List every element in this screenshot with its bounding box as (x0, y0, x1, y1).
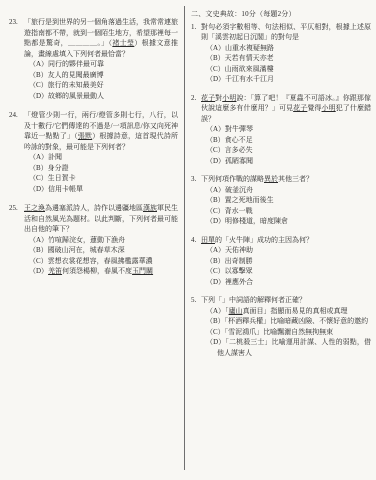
text-segment: （B）身分證 (29, 164, 69, 172)
question-body: 王之渙為邊塞派詩人，詩作以邊疆地區漢族軍民生活和自然風光為題材。以此判斷，下列何… (24, 203, 178, 277)
text-segment: （C）背水一戰 (206, 207, 253, 215)
question: 3.下列何項作戰的謀略異於其他三者？（A）破釜沉舟（B）置之死地而後生（C）背水… (191, 174, 371, 227)
option-list: （A）「廬山真面目」指顯而易見的真相或真理（B）「杯酒釋兵權」比喻暗藏凶險、不懷… (201, 306, 371, 359)
text-segment: 下列「」中詞語的解釋何者正確？ (201, 296, 306, 304)
answer-option: （D）明修棧道，暗度陳倉 (201, 216, 371, 227)
text-segment: （A）天佑神助 (206, 246, 253, 254)
question-number: 2. (191, 93, 201, 167)
text-segment: （C）旅行的未知最美好 (29, 81, 104, 89)
text-segment: （A）對牛彈琴 (206, 125, 253, 133)
answer-option: （B）身分證 (24, 163, 178, 174)
text-segment: （B）友人的見聞最廣博 (29, 71, 104, 79)
question: 24.「燈管少則一行，兩行/燈管多則七行，八行，以及十數行/它們傳達的不過是/一… (9, 110, 178, 194)
answer-option: （D）孤陋寡聞 (201, 156, 371, 167)
text-segment: （D）裡應外合 (206, 278, 253, 286)
option-list: （A）天佑神助（B）出奇制勝（C）以寡擊眾（D）裡應外合 (201, 245, 371, 287)
text-segment: 對句必須字數相等、句法相似、平仄相對，根據上述原則「溪雲初起日沉閣」的對句是 (201, 23, 371, 42)
answer-option: （A）對牛彈琴 (201, 124, 371, 135)
text-segment: （C）山雨欲來風滿樓 (206, 65, 274, 73)
answer-option: （D）裡應外合 (201, 277, 371, 288)
question-body: 田單的「火牛陣」成功的主因為何？（A）天佑神助（B）出奇制勝（C）以寡擊眾（D）… (201, 235, 371, 288)
text-segment: （B）「杯酒釋兵權」比喻暗藏凶險、不懷好意的邀約 (206, 317, 368, 325)
option-list: （A）訃聞（B）身分證（C）生日賀卡（D）信用卡帳單 (24, 152, 178, 194)
answer-option: （C）以寡擊眾 (201, 266, 371, 277)
answer-option: （A）「廬山真面目」指顯而易見的真相或真理 (201, 306, 371, 317)
question-body: 對句必須字數相等、句法相似、平仄相對，根據上述原則「溪雲初起日沉閣」的對句是（A… (201, 22, 371, 85)
answer-option: （B）「杯酒釋兵權」比喻暗藏凶險、不懷好意的邀約 (201, 316, 371, 327)
text-segment: （A）竹喧歸浣女，蓮動下漁舟 (29, 236, 125, 244)
question-body: 「旅行是到世界的另一個角落過生活，我常常連旅遊指南都不帶，就到一個陌生地方，希望… (24, 17, 178, 101)
section-title: 二、文史典故：10分（每題2分） (191, 9, 371, 20)
answer-option: （C）「雪泥鴻爪」比喻飄灑自然無拘無束 (201, 327, 371, 338)
underlined-text: 廬山 (229, 307, 243, 315)
right-column: 二、文史典故：10分（每題2分） 1.對句必須字數相等、句法相似、平仄相對，根據… (188, 6, 371, 474)
text-segment: （B）天若有情天亦老 (206, 54, 274, 62)
question-stem: 田單的「火牛陣」成功的主因為何？ (201, 235, 371, 246)
answer-option: （A）破釜沉舟 (201, 185, 371, 196)
underlined-text: 羌笛 (48, 267, 62, 275)
question-stem: 對句必須字數相等、句法相似、平仄相對，根據上述原則「溪雲初起日沉閣」的對句是 (201, 22, 371, 43)
text-segment: （A）同行的夥伴最可靠 (29, 60, 104, 68)
underlined-text: 異於 (264, 175, 278, 183)
underlined-text: 漢族 (143, 204, 157, 212)
text-segment: （C）「雪泥鴻爪」比喻飄灑自然無拘無束 (206, 328, 333, 336)
text-segment: （D）明修棧道，暗度陳倉 (206, 217, 288, 225)
question: 1.對句必須字數相等、句法相似、平仄相對，根據上述原則「溪雲初起日沉閣」的對句是… (191, 22, 371, 85)
question: 2.花子對小明說：「算了吧！『夏蟲不可語冰。』你跟那傢伙說這麼多有什麼用？」可見… (191, 93, 371, 167)
answer-option: （C）生日賀卡 (24, 173, 178, 184)
underlined-text: 小明 (322, 104, 336, 112)
option-list: （A）竹喧歸浣女，蓮動下漁舟（B）國破山河在，城春草木深（C）雲想衣裳花想容，春… (24, 235, 178, 277)
answer-option: （B）置之死地而後生 (201, 195, 371, 206)
question-number: 24. (9, 110, 24, 194)
answer-option: （A）天佑神助 (201, 245, 371, 256)
answer-option: （C）山雨欲來風滿樓 (201, 64, 371, 75)
answer-option: （D）羌笛何須怨楊柳，春風不度玉門關 (24, 266, 178, 277)
answer-option: （C）背水一戰 (201, 206, 371, 217)
question: 25.王之渙為邊塞派詩人，詩作以邊疆地區漢族軍民生活和自然風光為題材。以此判斷，… (9, 203, 178, 277)
question-body: 「燈管少則一行，兩行/燈管多則七行，八行，以及十數行/它們傳達的不過是/一項訊息… (24, 110, 178, 194)
underlined-text: 花子 (293, 104, 307, 112)
answer-option: （B）出奇制勝 (201, 256, 371, 267)
option-list: （A）對牛彈琴（B）貪心不足（C）言多必失（D）孤陋寡聞 (201, 124, 371, 166)
text-segment: （A）山重水複疑無路 (206, 44, 274, 52)
question-number: 4. (191, 235, 201, 288)
underlined-text: 褚士瑩 (112, 39, 134, 47)
text-segment: （B）置之死地而後生 (206, 196, 274, 204)
right-question-list: 1.對句必須字數相等、句法相似、平仄相對，根據上述原則「溪雲初起日沉閣」的對句是… (191, 22, 371, 359)
text-segment: （D）信用卡帳單 (29, 185, 83, 193)
option-list: （A）山重水複疑無路（B）天若有情天亦老（C）山雨欲來風滿樓（D）千江有水千江月 (201, 43, 371, 85)
question-stem: 花子對小明說：「算了吧！『夏蟲不可語冰。』你跟那傢伙說這麼多有什麼用？」可見花子… (201, 93, 371, 125)
question-body: 下列「」中詞語的解釋何者正確？（A）「廬山真面目」指顯而易見的真相或真理（B）「… (201, 295, 371, 358)
text-segment: （A）「 (206, 307, 229, 315)
answer-option: （C）言多必失 (201, 145, 371, 156)
text-segment: （D）故鄉的風景最動人 (29, 92, 104, 100)
text-segment: （B）貪心不足 (206, 136, 253, 144)
text-segment: （D）孤陋寡聞 (206, 157, 253, 165)
answer-option: （A）山重水複疑無路 (201, 43, 371, 54)
column-divider (184, 6, 185, 470)
question-number: 3. (191, 174, 201, 227)
answer-option: （B）國破山河在，城春草木深 (24, 245, 178, 256)
answer-option: （C）雲想衣裳花想容，春風拂檻露華濃 (24, 256, 178, 267)
question-number: 25. (9, 203, 24, 277)
text-segment: （D）千江有水千江月 (206, 75, 274, 83)
left-column: 23.「旅行是到世界的另一個角落過生活，我常常連旅遊指南都不帶，就到一個陌生地方… (9, 6, 181, 474)
answer-option: （A）竹喧歸浣女，蓮動下漁舟 (24, 235, 178, 246)
question-number: 23. (9, 17, 24, 101)
text-segment: （C）言多必失 (206, 146, 253, 154)
text-segment: 下列何項作戰的謀略 (201, 175, 264, 183)
answer-option: （D）「二桃殺三士」比喻運用計謀、人性的弱點，借他人謀害人 (201, 337, 371, 358)
answer-option: （C）旅行的未知最美好 (24, 80, 178, 91)
answer-option: （B）貪心不足 (201, 135, 371, 146)
text-segment: 覺得 (307, 104, 321, 112)
question-stem: 下列「」中詞語的解釋何者正確？ (201, 295, 371, 306)
question-body: 花子對小明說：「算了吧！『夏蟲不可語冰。』你跟那傢伙說這麼多有什麼用？」可見花子… (201, 93, 371, 167)
text-segment: （C）雲想衣裳花想容，春風拂檻露華濃 (29, 257, 153, 265)
question-stem: 下列何項作戰的謀略異於其他三者？ (201, 174, 371, 185)
question-stem: 「燈管少則一行，兩行/燈管多則七行，八行，以及十數行/它們傳達的不過是/一項訊息… (24, 110, 178, 152)
exam-paper: 23.「旅行是到世界的另一個角落過生活，我常常連旅遊指南都不帶，就到一個陌生地方… (0, 0, 376, 480)
text-segment: 其他三者？ (278, 175, 313, 183)
answer-option: （D）千江有水千江月 (201, 74, 371, 85)
text-segment: 真面目」指顯而易見的真相或真理 (243, 307, 348, 315)
text-segment: 的「火牛陣」成功的主因為何？ (215, 236, 313, 244)
text-segment: 何須怨楊柳，春風不度 (62, 267, 132, 275)
text-segment: （A）破釜沉舟 (206, 186, 253, 194)
text-segment: （C）以寡擊眾 (206, 267, 253, 275)
underlined-text: 田單 (201, 236, 215, 244)
answer-option: （D）故鄉的風景最動人 (24, 91, 178, 102)
underlined-text: 張默 (78, 132, 92, 140)
question: 4.田單的「火牛陣」成功的主因為何？（A）天佑神助（B）出奇制勝（C）以寡擊眾（… (191, 235, 371, 288)
answer-option: （B）友人的見聞最廣博 (24, 70, 178, 81)
text-segment: （B）國破山河在，城春草木深 (29, 246, 125, 254)
text-segment: （B）出奇制勝 (206, 257, 253, 265)
question-body: 下列何項作戰的謀略異於其他三者？（A）破釜沉舟（B）置之死地而後生（C）背水一戰… (201, 174, 371, 227)
underlined-text: 王之渙 (24, 204, 45, 212)
question-number: 1. (191, 22, 201, 85)
text-segment: 為邊塞派詩人，詩作以邊疆地區 (45, 204, 143, 212)
question-number: 5. (191, 295, 201, 358)
option-list: （A）同行的夥伴最可靠（B）友人的見聞最廣博（C）旅行的未知最美好（D）故鄉的風… (24, 59, 178, 101)
option-list: （A）破釜沉舟（B）置之死地而後生（C）背水一戰（D）明修棧道，暗度陳倉 (201, 185, 371, 227)
underlined-text: 小明 (222, 94, 236, 102)
question: 5.下列「」中詞語的解釋何者正確？（A）「廬山真面目」指顯而易見的真相或真理（B… (191, 295, 371, 358)
answer-option: （B）天若有情天亦老 (201, 53, 371, 64)
question-stem: 「旅行是到世界的另一個角落過生活，我常常連旅遊指南都不帶，就到一個陌生地方，希望… (24, 17, 178, 59)
question: 23.「旅行是到世界的另一個角落過生活，我常常連旅遊指南都不帶，就到一個陌生地方… (9, 17, 178, 101)
text-segment: （A）訃聞 (29, 153, 62, 161)
underlined-text: 花子 (201, 94, 215, 102)
answer-option: （A）訃聞 (24, 152, 178, 163)
underlined-text: 玉門關 (132, 267, 153, 275)
text-segment: （D） (29, 267, 48, 275)
text-segment: （D）「二桃殺三士」比喻運用計謀、人性的弱點，借他人謀害人 (206, 338, 371, 357)
answer-option: （A）同行的夥伴最可靠 (24, 59, 178, 70)
text-segment: （C）生日賀卡 (29, 174, 76, 182)
answer-option: （D）信用卡帳單 (24, 184, 178, 195)
question-stem: 王之渙為邊塞派詩人，詩作以邊疆地區漢族軍民生活和自然風光為題材。以此判斷，下列何… (24, 203, 178, 235)
